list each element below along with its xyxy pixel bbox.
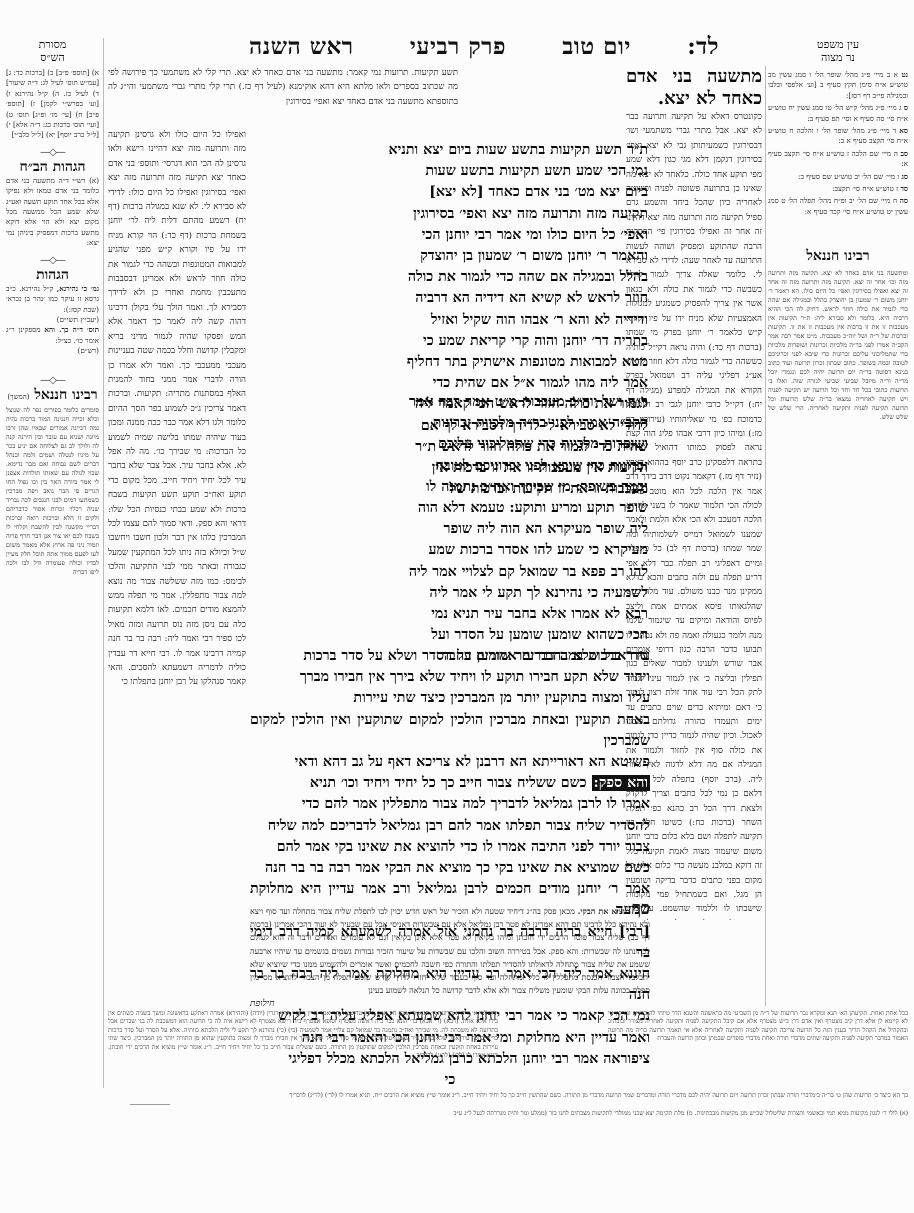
footnote-line-1: בך הא כיצד ב׳ תרועות שהן ט׳ בר״ה בימדברי… — [108, 1092, 908, 1100]
gemara-line: ואפי׳ כל היום כולו ומי אמר רבי יוחנן הכי — [256, 225, 648, 246]
masoret-title-2: הש״ס — [6, 51, 99, 64]
tosafot-intro: תשע תקיעות. תרועות נמי קאמר: מתשעה בני א… — [108, 66, 458, 109]
hagahot-item: תוס׳ ד״ה כך. והא מספקינן ר״ג אומר כו׳. כ… — [6, 325, 99, 356]
mishnah-opening-word: מתשעה — [707, 66, 762, 87]
hagahot-title: הגהות — [6, 266, 99, 284]
ein-mishpat-entries: נט א ב מיי׳ פ״ג מהל׳ שופר הל׳ ו סמג עשין… — [768, 70, 908, 217]
gemara-line: נמי הכי שמע תשע תקיעות בתשע שעות — [256, 161, 648, 182]
ein-entry: ס ג מיי׳ פ״ג מהל׳ ק״ש הל׳ טו סמג עשין יח… — [768, 103, 908, 124]
yerushalmi-block: ירושלמי א׳ זו היא תרועה ר׳ חגיא ור׳ מנא … — [108, 1010, 498, 1060]
rabbeinu-chananel-left-title: רבינו חננאל (המשך) — [6, 386, 99, 406]
hagahot-bach-title: הגהות הב״ח — [6, 158, 99, 176]
ein-letter: סא — [899, 126, 908, 135]
tosafot-bottom-head: כך — [632, 902, 650, 919]
ein-letter: סג — [902, 172, 908, 181]
gemara-line: ליה שופר מעיקרא הא הוה ליה שופר — [376, 519, 648, 540]
hagahot-item-head: תוס׳ ד״ה כך. והא — [44, 325, 99, 334]
tosafot-column-body: ואפילו כל היום כולו ולא גרסינן תקיעה מזה… — [108, 128, 246, 878]
gemara-line: עיר אבל שלא בחבר עיר שומען על הסדר ושלא … — [250, 646, 650, 667]
gemara-line-text: כשם ששליח צבור חייב כך כל יחיד ויחיד וכו… — [310, 775, 587, 791]
ein-entry: סה ח מיי׳ שם הל׳ יב ופ״ח מהל׳ תפלה הל׳ ט… — [768, 196, 908, 217]
gemara-line: ודידיה לא והא ר׳ אבהו הוה שקיל ואזיל — [256, 310, 648, 331]
ein-text: מיי׳ שם הלכה ז טוש״ע א״ח סי׳ תקצב סעיף א… — [768, 149, 908, 168]
inverted-heading-label: והא ספק: — [592, 775, 650, 791]
gemara-line: רבא לא אמרו אלא בחבר עיר תניא נמי — [376, 604, 648, 625]
gemara-line: ובמה בשופר: מי שבירך ואח״כ נתמנה לו — [376, 477, 648, 498]
page-header: לד: יום טוב פרק רביעי ראש השנה — [249, 33, 719, 60]
gemara-line: בתריה דר׳ יוחנן והוה קרי קריאת שמע כי — [256, 331, 648, 352]
ein-sub: ח — [893, 196, 897, 205]
ein-sub: ז — [896, 184, 898, 193]
column-rule — [765, 66, 766, 1006]
hagahot-item-head: גמ׳ כי נהירנא, — [57, 284, 99, 293]
gemara-line: ר״ה ושל יוה״כ מעכבות מ״ט אמר רבה אמר — [376, 392, 648, 413]
gemara-line: ושופרות מלכיות כדי שתמליכוני עליכם — [376, 434, 648, 455]
gemara-block-narrow: מעכבות זו את זו תקיעות וברכות של ר״ה ושל… — [376, 392, 648, 668]
gemara-line: להסדיר שליח צבור תפלתו אמר להם רבן גמליא… — [250, 816, 650, 837]
gemara-line: אמרו לו לרבן גמליאל לדבריך למה צבור מתפל… — [250, 794, 650, 815]
rabbeinu-chananel-title: רבינו חננאל — [768, 247, 908, 265]
rabbeinu-chananel-left-suffix: (המשך) — [7, 393, 29, 401]
ornament-divider-icon: —◇— — [6, 255, 99, 266]
footnote-divider — [130, 1104, 170, 1105]
chapter-title: פרק רביעי — [410, 33, 506, 60]
ein-mishpat-title-1: עין משפט — [768, 38, 908, 51]
gemara-line: והאמר ר׳ יוחנן משום ר׳ שמעון בן יהוצדק — [256, 246, 648, 267]
bottom-right-text: בכל אחת ואחת. תקיעתן הא׳ תנא ומקרא נבר ת… — [608, 1010, 908, 1044]
ein-mishpat-title: עין משפט נר מצוה — [768, 38, 908, 64]
ein-letter: סב — [900, 149, 908, 158]
tosafot-text: ואפילו כל היום כולו ולא גרסינן תקיעה מזה… — [108, 128, 246, 878]
gemara-line: באחת תוקעין ובאחת מברכין הולכין למקום שת… — [250, 710, 650, 752]
gemara-line: להו רב פפא בר שמואל קם לצלויי אמר ליה — [376, 562, 648, 583]
tosafot-bottom-lead: מוציא את הבקי. — [578, 906, 630, 916]
ein-sub: ו — [897, 172, 899, 181]
gemara-line: והא ספק: כשם ששליח צבור חייב כך כל יחיד … — [250, 773, 650, 794]
gemara-text-narrow: מעכבות זו את זו תקיעות וברכות של ר״ה ושל… — [376, 392, 648, 668]
bottom-right-block: בכל אחת ואחת. תקיעתן הא׳ תנא ומקרא נבר ת… — [608, 1010, 908, 1044]
rabbeinu-chananel-text: ומתשעה בני אדם כאחד לא יצא. תקיעה מזה ות… — [768, 269, 908, 959]
gemara-line: פשיטא הא דאורייתא הא דרבנן לא צריכא דאף … — [250, 752, 650, 773]
gemara-line: שופר תוקע ומריע ותוקע: טעמא דלא הוה — [376, 498, 648, 519]
ein-entry: נט א ב מיי׳ פ״ג מהל׳ שופר הל׳ ו סמג עשין… — [768, 70, 908, 101]
ein-text: מיי׳ פ״ג מהל׳ ק״ש הל׳ טו סמג עשין יח טוש… — [768, 103, 908, 122]
gemara-line: ויחיד שלא תקע חבירו תוקע לו ויחיד שלא בי… — [250, 667, 650, 688]
gemara-line: תקיעה מזה ותרועה מזה יצא ואפי׳ בסירוגין — [256, 204, 648, 225]
yerushalmi-text: ירושלמי א׳ זו היא תרועה ר׳ חגיא ור׳ מנא … — [108, 1010, 498, 1060]
gemara-line: עליו ומצוה בתוקעין יותר מן המברכין כיצד … — [250, 688, 650, 709]
ein-letter: נט — [901, 70, 908, 79]
rabbeinu-chananel-left-heading: רבינו חננאל — [34, 387, 97, 403]
ein-sub: ד — [893, 126, 896, 135]
ornament-divider-icon: —◇— — [6, 375, 99, 386]
ein-sub: ה — [894, 149, 898, 158]
yerushalmi-body: א׳ זו היא תרועה ר׳ חגיא ור׳ מנא חד אמר ב… — [108, 1010, 498, 1059]
signature: חילופת — [250, 998, 650, 1009]
hagahot-item-source: (רש״ם) — [6, 346, 99, 356]
gemara-line: הכי כשהוא שומען שומען על הסדר ועל — [376, 625, 648, 646]
ein-entry: סב ה מיי׳ שם הלכה ז טוש״ע א״ח סי׳ תקצב ס… — [768, 149, 908, 170]
rabbeinu-chananel-left-text: סומרים כלומר בפורים נפר לה שנוצל וכלא זכ… — [6, 406, 99, 926]
tosafot-column: תשע תקיעות. תרועות נמי קאמר: מתשעה בני א… — [108, 66, 458, 109]
gemara-end-word: כי — [250, 1070, 650, 1091]
tosafot-bottom-body: מכאן פסק בה״ג דיחיד שטעה ולא הזכיר של רא… — [250, 907, 650, 995]
ein-mishpat-column: עין משפט נר מצוה נט א ב מיי׳ פ״ג מהל׳ שו… — [768, 38, 908, 959]
header-left-label: יום טוב — [562, 33, 631, 60]
gemara-line: בהלל ובמגילה אם שהה כדי לגמור את כולה — [256, 267, 648, 288]
footnote-line-2: (א) לולי ר׳ לנגון מקיעות ממא תמי ובאשמי … — [260, 1110, 908, 1118]
ein-text: מיי׳ שם הל׳ יב טוש״ע שם סעיף ב: — [798, 172, 895, 181]
ein-text: טוש״ע א״ח סי׳ תקצב: — [832, 184, 894, 193]
gemara-line: כשם שמוציא את שאינו בקי כך מוציא את הבקי… — [250, 858, 650, 879]
hagahot-item-source: (יעב״ץ תשי״ם) — [6, 315, 99, 325]
ein-sub: א ב — [887, 70, 898, 79]
masoret-entries: א) [תוספ׳ פ״ב] ב) [ברכות כד: ג] [עמ״ש תו… — [6, 68, 99, 141]
tosafot-bottom: כך מוציא את הבקי. מכאן פסק בה״ג דיחיד שט… — [250, 902, 650, 1009]
ein-letter: סה — [900, 196, 908, 205]
gemara-line: מטא למבואות מטונפות אישתיק בתר דחליף — [256, 352, 648, 373]
gemara-line: ת״ר תשע תקיעות בתשע שעות ביום יצא ותניא — [256, 140, 648, 161]
ein-mishpat-title-2: נר מצוה — [768, 51, 908, 64]
tractate-title: ראש השנה — [249, 33, 354, 60]
ein-entry: סד ז טוש״ע א״ח סי׳ תקצב: — [768, 184, 908, 194]
hagahot-bach-text: (א) רש״י ד״ה מתשעה בני אדם כלומר בני אדם… — [6, 176, 99, 249]
ornament-divider-icon: —◇— — [6, 147, 99, 158]
gemara-line: לשמעיה כי נהירנא לך תקע לי אמר ליה — [376, 583, 648, 604]
masoret-title-1: מסורת — [6, 38, 99, 51]
gemara-line: ביום יצא מט׳ בני אדם כאחד [לא יצא] — [256, 182, 648, 203]
ein-entry: סג ו מיי׳ שם הל׳ יב טוש״ע שם סעיף ב: — [768, 172, 908, 182]
ein-letter: סד — [900, 184, 908, 193]
tosafot-bottom-text: כך מוציא את הבקי. מכאן פסק בה״ג דיחיד שט… — [250, 902, 650, 998]
gemara-line: זכרונות כדי שיבא לפני זכרוניכם לטובה — [376, 456, 648, 477]
mishnah-heading: מתשעה בני אדם כאחד לא יצא. — [626, 66, 762, 110]
masoret-title: מסורת הש״ס — [6, 38, 99, 64]
ein-letter: ס — [904, 103, 908, 112]
gemara-line: מעיקרא כי שמע להו אסדר ברכות שמע — [376, 540, 648, 561]
ein-text: מיי׳ פ״ג מהל׳ שופר הל׳ ו והלכה ח טוש״ע א… — [768, 126, 908, 145]
yerushalmi-head: ירושלמי — [479, 1010, 498, 1017]
hagahot-item: גמ׳ כי נהירנא, ק״ל נהירנא. כ״ב גרסא זו ע… — [6, 284, 99, 326]
column-rule — [103, 38, 104, 1088]
masoret-hashas-column: מסורת הש״ס א) [תוספ׳ פ״ב] ב) [ברכות כד: … — [6, 38, 99, 926]
ein-text: מיי׳ שם הל׳ יב ופ״ח מהל׳ תפלה הל׳ ט סמג … — [768, 196, 908, 215]
ein-entry: סא ד מיי׳ פ״ג מהל׳ שופר הל׳ ו והלכה ח טו… — [768, 126, 908, 147]
gemara-line: צבור יורד לפני התיבה אמרו לו כדי להוציא … — [250, 837, 650, 858]
ein-sub: ג — [899, 103, 901, 112]
gemara-line: הקב״ה אמרו לפני בר״ה מלכיות זכרונות — [376, 413, 648, 434]
daf-number: לד: — [687, 33, 719, 60]
gemara-line: חוזר לראש לא קשיא הא דידיה הא דרביה — [256, 288, 648, 309]
